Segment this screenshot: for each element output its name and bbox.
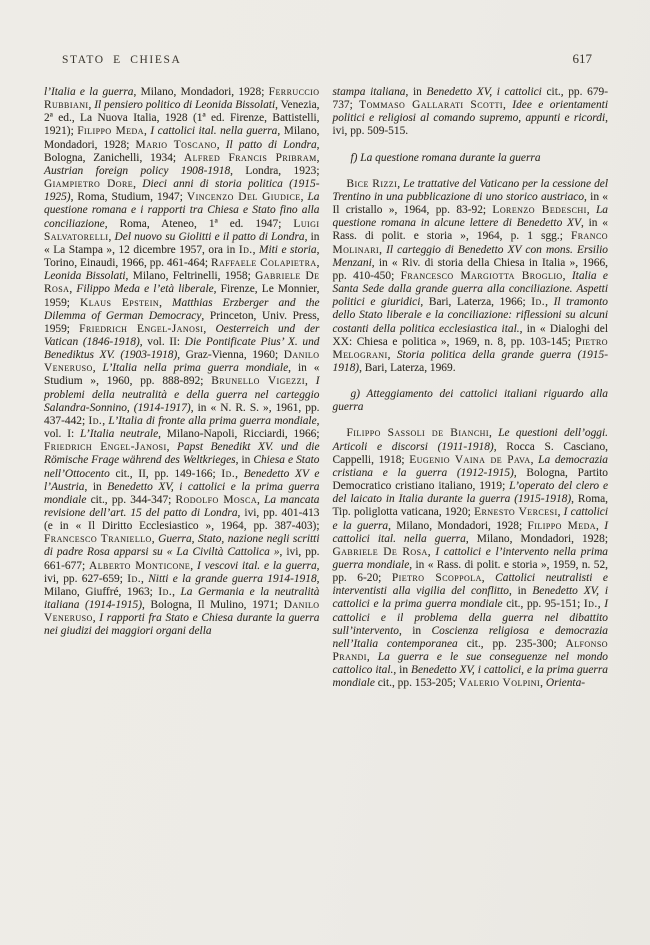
bibliography-paragraph-continued: l’Italia e la guerra, Milano, Mondadori,…: [44, 86, 320, 639]
running-title: STATO E CHIESA: [62, 54, 181, 66]
bibliography-paragraph-continued: stampa italiana, in Benedetto XV, i catt…: [333, 86, 609, 139]
left-column: l’Italia e la guerra, Milano, Mondadori,…: [44, 86, 320, 691]
right-column: stampa italiana, in Benedetto XV, i catt…: [333, 86, 609, 691]
page-number: 617: [573, 51, 609, 67]
bibliography-paragraph: Bice Rizzi, Le trattative del Vaticano p…: [333, 178, 609, 375]
page-header: STATO E CHIESA 617: [62, 51, 608, 67]
text-columns: l’Italia e la guerra, Milano, Mondadori,…: [44, 86, 608, 691]
book-page: STATO E CHIESA 617 l’Italia e la guerra,…: [0, 0, 650, 945]
section-heading-g: g) Atteggiamento dei cattolici italiani …: [333, 388, 609, 414]
section-heading-f: f) La questione romana durante la guerra: [333, 152, 609, 165]
bibliography-paragraph: Filippo Sassoli de Bianchi, Le questioni…: [333, 427, 609, 690]
